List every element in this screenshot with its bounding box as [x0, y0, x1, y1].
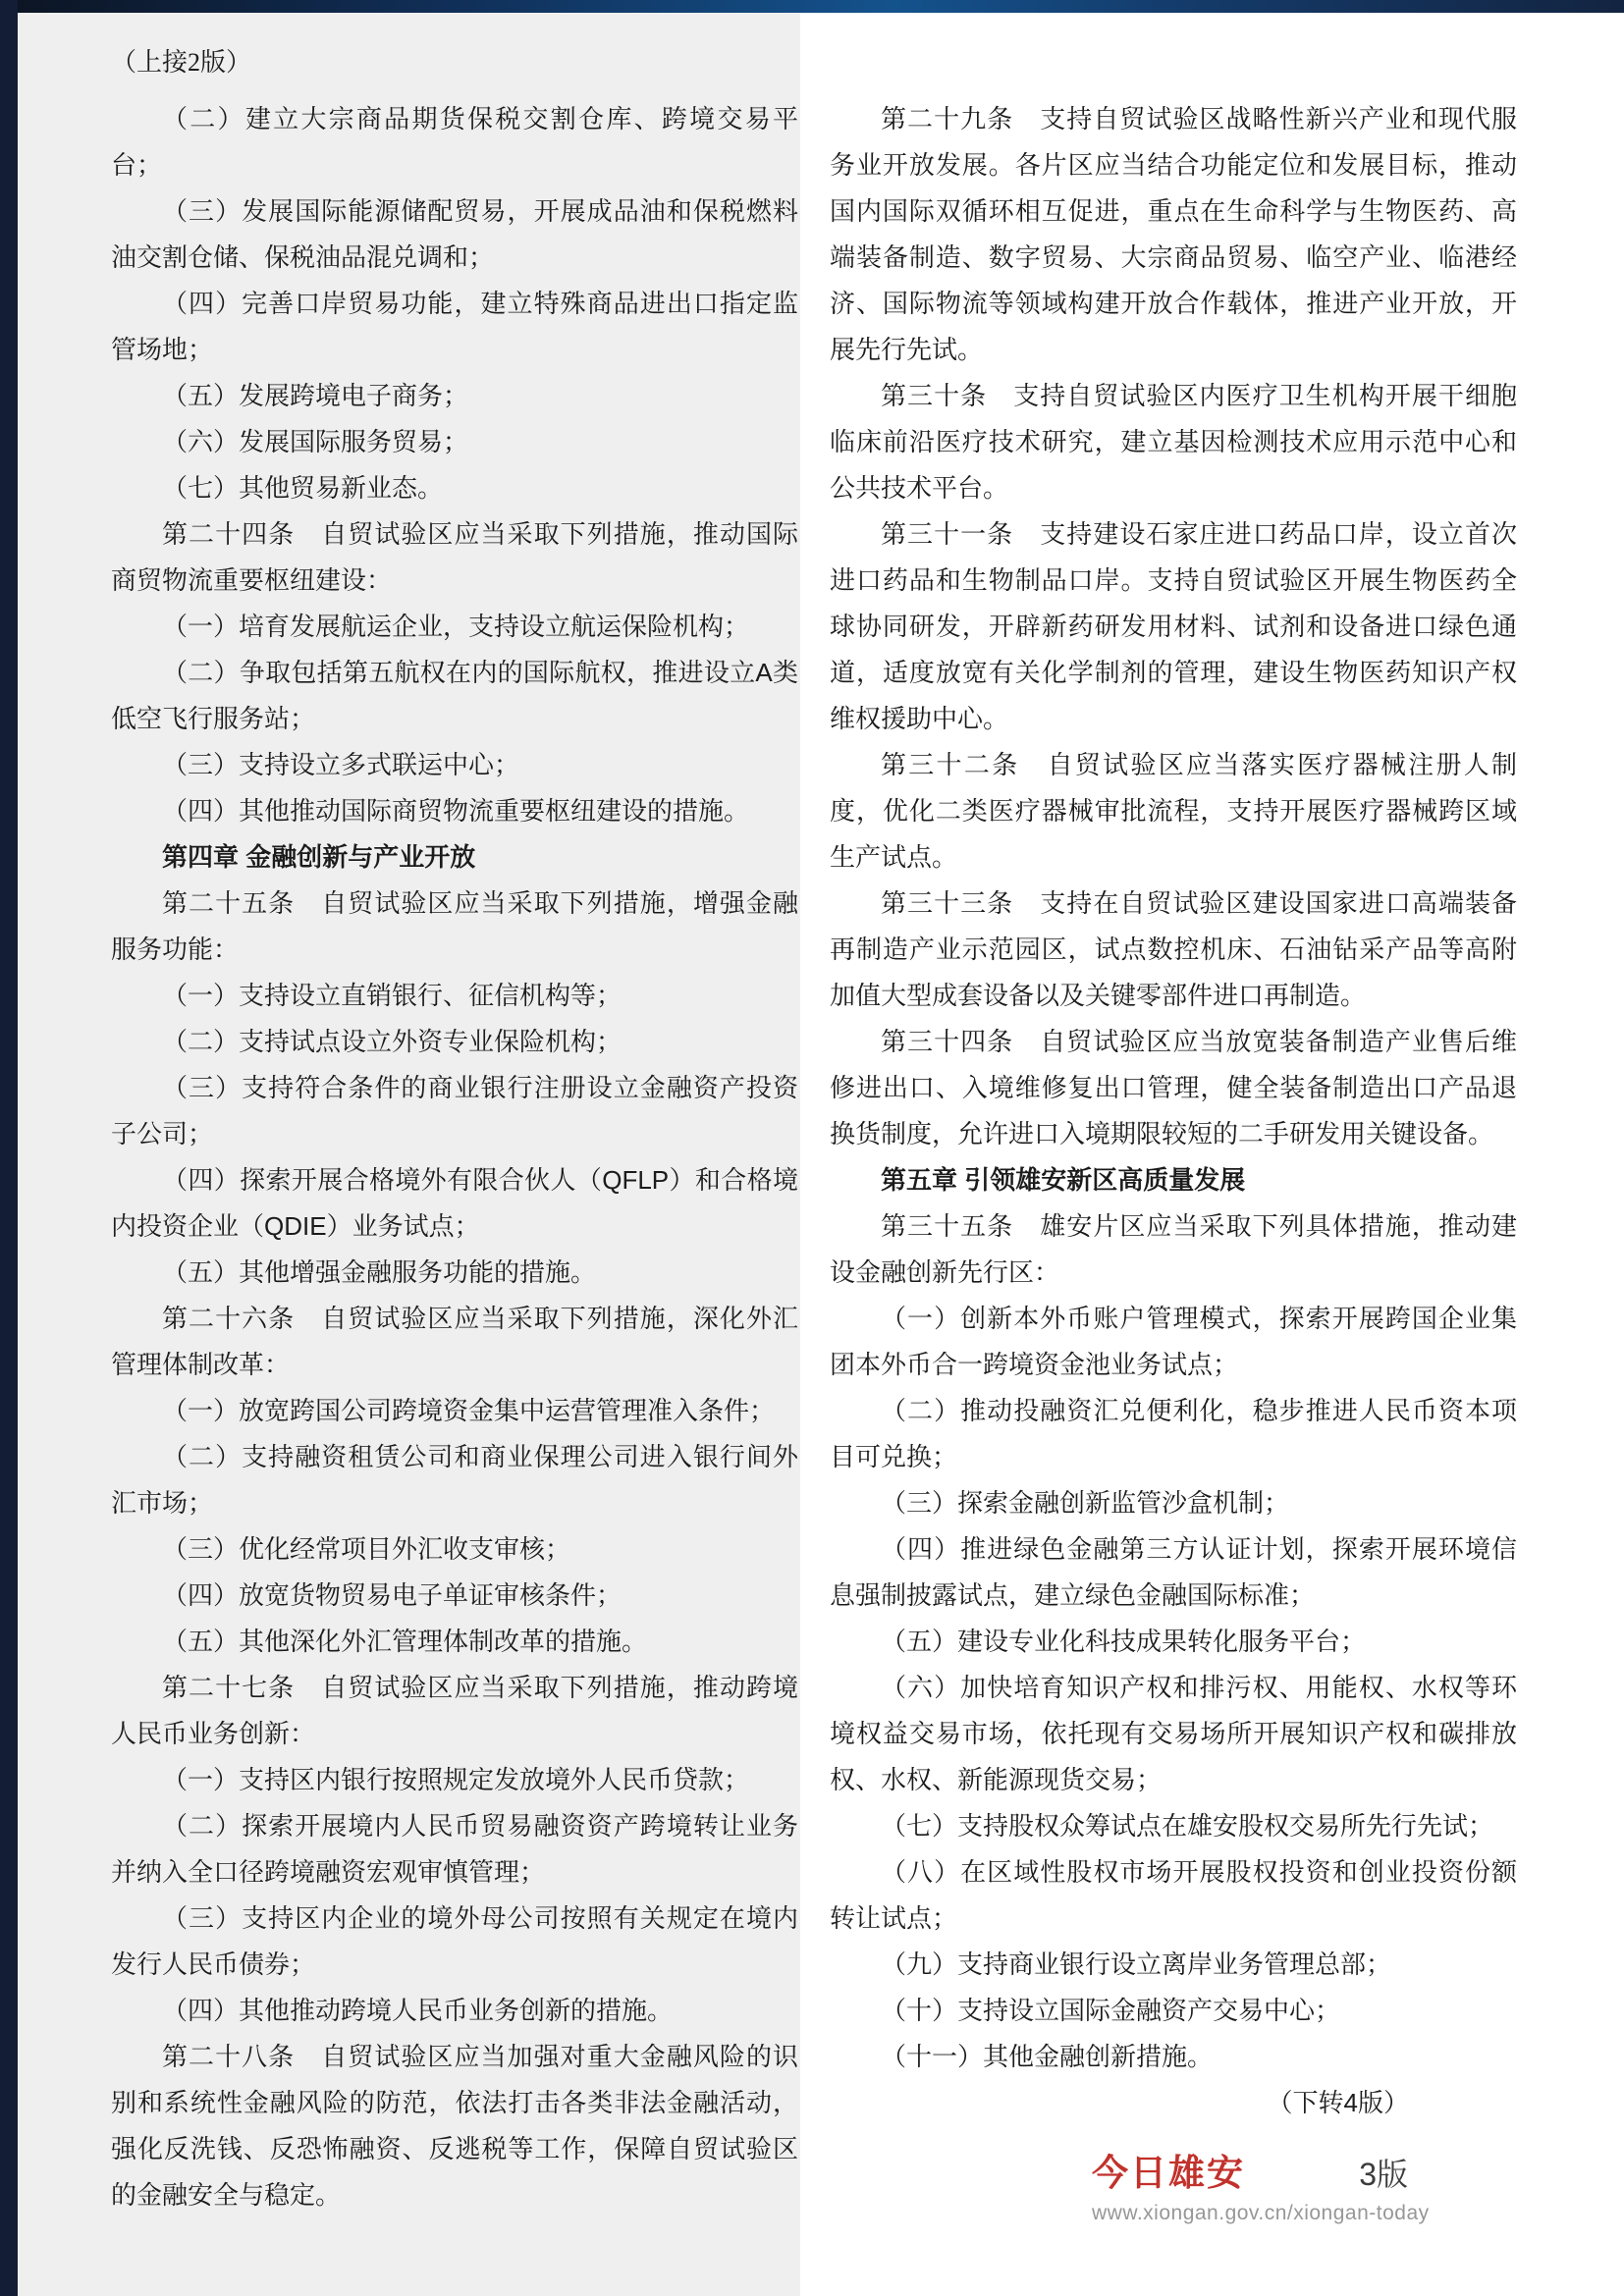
- left-accent-bar: [0, 0, 18, 2296]
- article-paragraph: （七）支持股权众筹试点在雄安股权交易所先行先试；: [830, 1803, 1517, 1849]
- page-footer: 今日雄安 3版 www.xiongan.gov.cn/xiongan-today: [1092, 2143, 1408, 2225]
- article-paragraph: （一）支持区内银行按照规定发放境外人民币贷款；: [111, 1757, 798, 1803]
- article-paragraph: 第二十四条 自贸试验区应当采取下列措施，推动国际商贸物流重要枢纽建设：: [111, 511, 798, 604]
- continuation-note: （上接2版）: [111, 39, 798, 85]
- article-paragraph: 第三十四条 自贸试验区应当放宽装备制造产业售后维修进出口、入境维修复出口管理，健…: [830, 1019, 1517, 1157]
- article-paragraph: （五）建设专业化科技成果转化服务平台；: [830, 1619, 1517, 1665]
- footer-masthead-row: 今日雄安 3版: [1092, 2143, 1408, 2196]
- article-paragraph: （三）探索金融创新监管沙盒机制；: [830, 1480, 1517, 1526]
- chapter-heading: 第五章 引领雄安新区高质量发展: [830, 1157, 1517, 1203]
- article-paragraph: （一）支持设立直销银行、征信机构等；: [111, 973, 798, 1019]
- article-column-right: 第二十九条 支持自贸试验区战略性新兴产业和现代服务业开放发展。各片区应当结合功能…: [830, 96, 1517, 2126]
- article-paragraph: （一）培育发展航运企业，支持设立航运保险机构；: [111, 604, 798, 650]
- article-paragraph: （四）其他推动国际商贸物流重要枢纽建设的措施。: [111, 788, 798, 834]
- article-paragraph: （三）发展国际能源储配贸易，开展成品油和保税燃料油交割仓储、保税油品混兑调和；: [111, 188, 798, 281]
- article-paragraph: （二）支持试点设立外资专业保险机构；: [111, 1019, 798, 1065]
- article-paragraph: （二）建立大宗商品期货保税交割仓库、跨境交易平台；: [111, 96, 798, 188]
- masthead-logo: 今日雄安: [1092, 2143, 1245, 2196]
- transfer-note: （下转4版）: [830, 2080, 1517, 2126]
- article-paragraph: （六）发展国际服务贸易；: [111, 419, 798, 465]
- article-paragraph: 第二十六条 自贸试验区应当采取下列措施，深化外汇管理体制改革：: [111, 1296, 798, 1388]
- article-column-left: （上接2版）（二）建立大宗商品期货保税交割仓库、跨境交易平台；（三）发展国际能源…: [111, 39, 798, 2218]
- article-paragraph: 第三十五条 雄安片区应当采取下列具体措施，推动建设金融创新先行区：: [830, 1203, 1517, 1296]
- article-paragraph: （五）其他增强金融服务功能的措施。: [111, 1250, 798, 1296]
- newspaper-page: （上接2版）（二）建立大宗商品期货保税交割仓库、跨境交易平台；（三）发展国际能源…: [0, 0, 1624, 2296]
- article-paragraph: （四）完善口岸贸易功能，建立特殊商品进出口指定监管场地；: [111, 281, 798, 373]
- article-paragraph: 第二十七条 自贸试验区应当采取下列措施，推动跨境人民币业务创新：: [111, 1665, 798, 1757]
- article-paragraph: 第三十二条 自贸试验区应当落实医疗器械注册人制度，优化二类医疗器械审批流程，支持…: [830, 742, 1517, 881]
- article-paragraph: （八）在区域性股权市场开展股权投资和创业投资份额转让试点；: [830, 1849, 1517, 1942]
- article-paragraph: （三）优化经常项目外汇收支审核；: [111, 1526, 798, 1573]
- article-paragraph: （一）放宽跨国公司跨境资金集中运营管理准入条件；: [111, 1388, 798, 1434]
- article-paragraph: （七）其他贸易新业态。: [111, 465, 798, 511]
- article-paragraph: （六）加快培育知识产权和排污权、用能权、水权等环境权益交易市场，依托现有交易场所…: [830, 1665, 1517, 1803]
- article-paragraph: 第二十五条 自贸试验区应当采取下列措施，增强金融服务功能：: [111, 881, 798, 973]
- article-paragraph: （四）放宽货物贸易电子单证审核条件；: [111, 1573, 798, 1619]
- article-paragraph: （九）支持商业银行设立离岸业务管理总部；: [830, 1942, 1517, 1988]
- article-paragraph: （一）创新本外币账户管理模式，探索开展跨国企业集团本外币合一跨境资金池业务试点；: [830, 1296, 1517, 1388]
- article-paragraph: （十）支持设立国际金融资产交易中心；: [830, 1988, 1517, 2034]
- article-paragraph: （五）其他深化外汇管理体制改革的措施。: [111, 1619, 798, 1665]
- article-paragraph: （三）支持区内企业的境外母公司按照有关规定在境内发行人民币债券；: [111, 1896, 798, 1988]
- page-number: 3版: [1359, 2150, 1408, 2195]
- article-paragraph: （二）争取包括第五航权在内的国际航权，推进设立A类低空飞行服务站；: [111, 650, 798, 742]
- article-paragraph: （二）探索开展境内人民币贸易融资资产跨境转让业务并纳入全口径跨境融资宏观审慎管理…: [111, 1803, 798, 1896]
- article-paragraph: （四）探索开展合格境外有限合伙人（QFLP）和合格境内投资企业（QDIE）业务试…: [111, 1157, 798, 1250]
- article-paragraph: （二）推动投融资汇兑便利化，稳步推进人民币资本项目可兑换；: [830, 1388, 1517, 1480]
- article-paragraph: 第二十九条 支持自贸试验区战略性新兴产业和现代服务业开放发展。各片区应当结合功能…: [830, 96, 1517, 373]
- article-paragraph: 第三十一条 支持建设石家庄进口药品口岸，设立首次进口药品和生物制品口岸。支持自贸…: [830, 511, 1517, 742]
- article-paragraph: 第三十三条 支持在自贸试验区建设国家进口高端装备再制造产业示范园区，试点数控机床…: [830, 881, 1517, 1019]
- website-url: www.xiongan.gov.cn/xiongan-today: [1092, 2202, 1408, 2225]
- article-paragraph: （三）支持符合条件的商业银行注册设立金融资产投资子公司；: [111, 1065, 798, 1157]
- chapter-heading: 第四章 金融创新与产业开放: [111, 834, 798, 881]
- article-paragraph: （五）发展跨境电子商务；: [111, 373, 798, 419]
- top-accent-bar: [0, 0, 1624, 13]
- article-paragraph: 第二十八条 自贸试验区应当加强对重大金融风险的识别和系统性金融风险的防范，依法打…: [111, 2034, 798, 2218]
- article-paragraph: （四）其他推动跨境人民币业务创新的措施。: [111, 1988, 798, 2034]
- article-paragraph: （四）推进绿色金融第三方认证计划，探索开展环境信息强制披露试点，建立绿色金融国际…: [830, 1526, 1517, 1619]
- article-paragraph: （十一）其他金融创新措施。: [830, 2034, 1517, 2080]
- article-paragraph: （二）支持融资租赁公司和商业保理公司进入银行间外汇市场；: [111, 1434, 798, 1526]
- article-paragraph: 第三十条 支持自贸试验区内医疗卫生机构开展干细胞临床前沿医疗技术研究，建立基因检…: [830, 373, 1517, 511]
- article-paragraph: （三）支持设立多式联运中心；: [111, 742, 798, 788]
